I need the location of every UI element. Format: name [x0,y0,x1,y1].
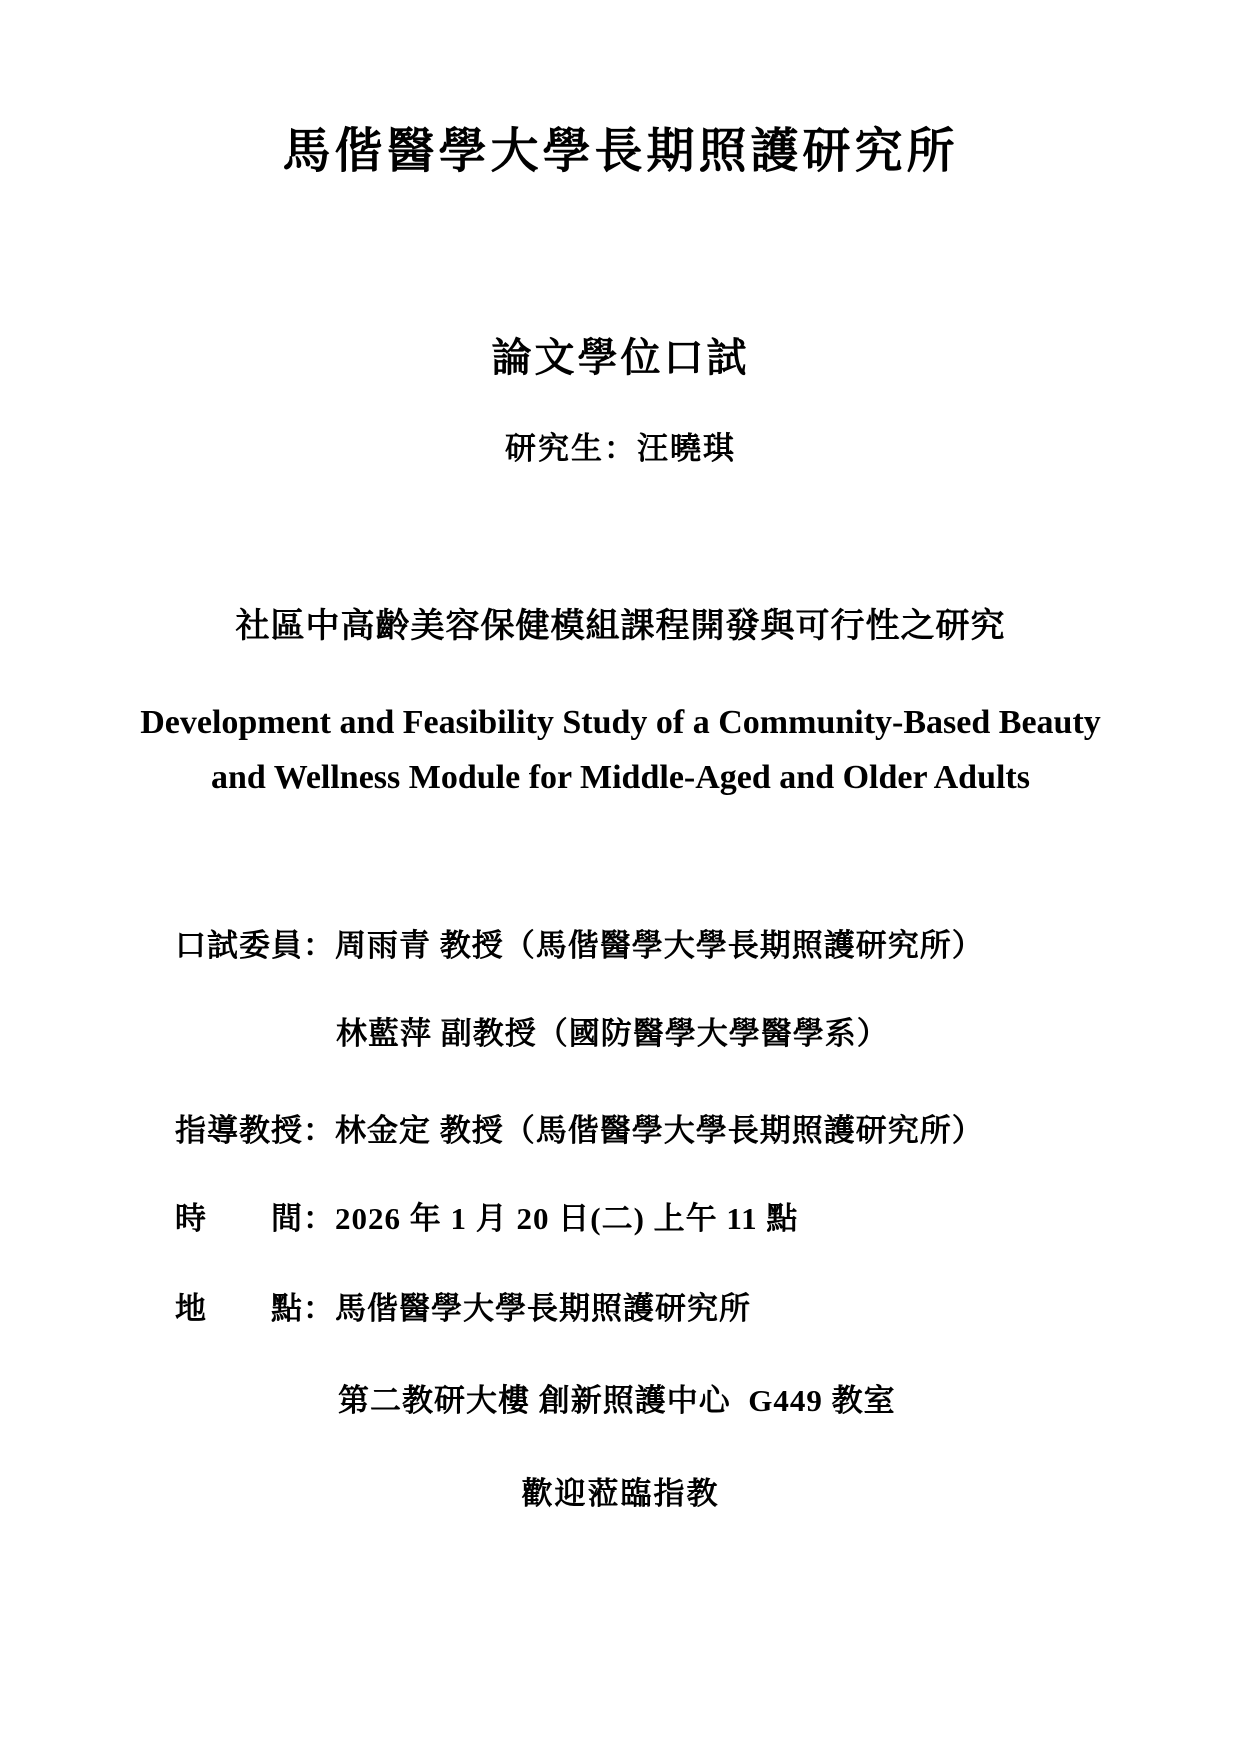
advisor-line: 指導教授：林金定 教授（馬偕醫學大學長期照護研究所） [175,1113,984,1149]
location-line-2: 第二教研大樓 創新照護中心 G449 教室 [338,1383,896,1419]
thesis-title-en-line1: Development and Feasibility Study of a C… [0,703,1241,742]
thesis-title-zh: 社區中高齡美容保健模組課程開發與可行性之研究 [0,607,1241,646]
location-line-1: 地 點：馬偕醫學大學長期照護研究所 [175,1291,751,1327]
closing-line: 歡迎蒞臨指教 [0,1476,1241,1512]
institution-title: 馬偕醫學大學長期照護研究所 [0,124,1241,179]
committee-line-1: 口試委員：周雨青 教授（馬偕醫學大學長期照護研究所） [175,928,984,964]
committee-line-2: 林藍萍 副教授（國防醫學大學醫學系） [336,1016,889,1052]
thesis-title-en-line2: and Wellness Module for Middle-Aged and … [0,758,1241,797]
document-page: 馬偕醫學大學長期照護研究所 論文學位口試 研究生：汪曉琪 社區中高齡美容保健模組… [0,0,1241,1755]
event-title: 論文學位口試 [0,335,1241,381]
student-line: 研究生：汪曉琪 [0,431,1241,467]
time-line: 時 間：2026 年 1 月 20 日(二) 上午 11 點 [175,1201,798,1237]
